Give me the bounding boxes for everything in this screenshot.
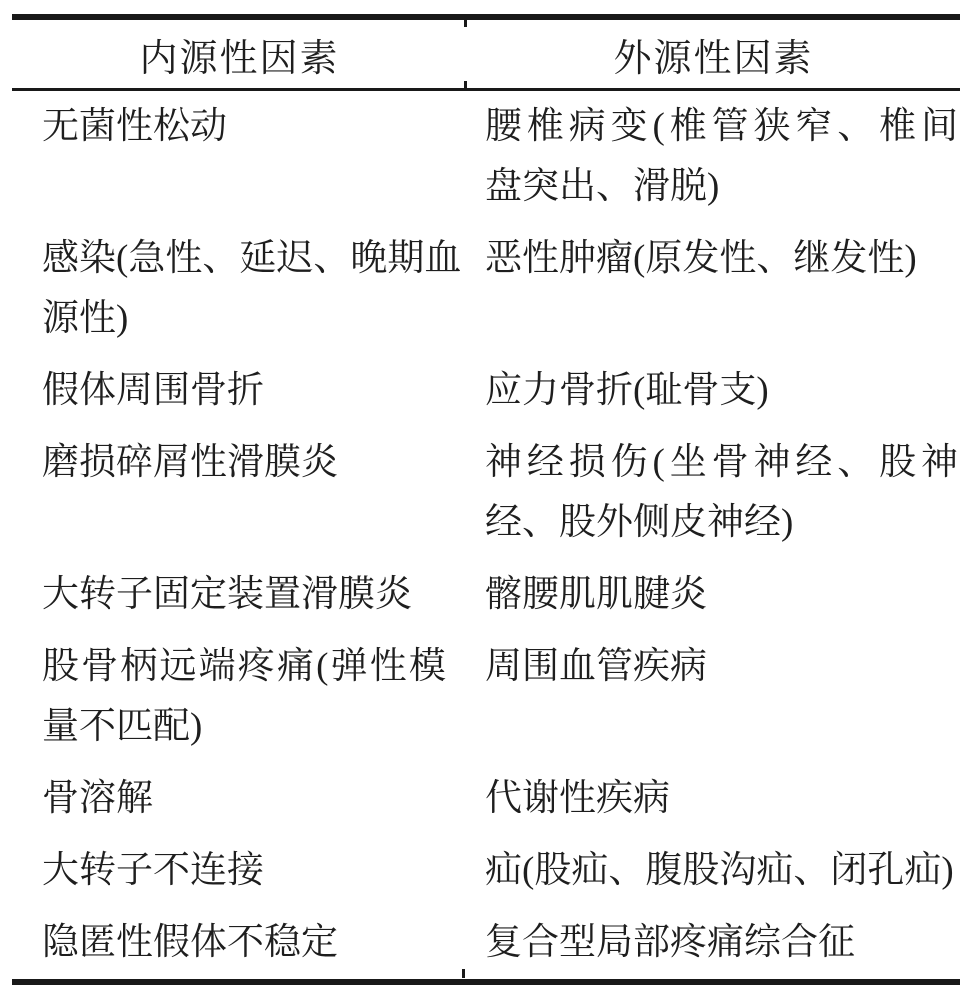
table-cell-left: 大转子不连接 <box>12 841 467 901</box>
cell-line: 大转子固定装置滑膜炎 <box>42 565 446 625</box>
cell-line: 髂腰肌肌腱炎 <box>485 565 958 625</box>
cell-line: 源性) <box>42 289 446 349</box>
table-cell-left: 假体周围骨折 <box>12 361 467 421</box>
cell-line: 骨溶解 <box>42 769 446 829</box>
cell-line: 股骨柄远端疼痛(弹性模 <box>42 637 446 697</box>
table-row: 无菌性松动腰椎病变(椎管狭窄、椎间盘突出、滑脱) <box>12 91 960 223</box>
cell-line: 恶性肿瘤(原发性、继发性) <box>485 229 958 289</box>
cell-line: 隐匿性假体不稳定 <box>42 913 446 973</box>
cell-line: 疝(股疝、腹股沟疝、闭孔疝) <box>485 841 958 901</box>
table-row: 股骨柄远端疼痛(弹性模量不匹配)周围血管疾病 <box>12 631 960 763</box>
table-cell-left: 大转子固定装置滑膜炎 <box>12 565 467 625</box>
table-cell-right: 恶性肿瘤(原发性、继发性) <box>467 229 960 349</box>
table-cell-left: 磨损碎屑性滑膜炎 <box>12 433 467 553</box>
cell-line: 复合型局部疼痛综合征 <box>485 913 958 973</box>
table-cell-right: 代谢性疾病 <box>467 769 960 829</box>
table-cell-right: 复合型局部疼痛综合征 <box>467 913 960 973</box>
column-divider-tick-top <box>464 20 467 27</box>
cell-line: 腰椎病变(椎管狭窄、椎间 <box>485 97 958 157</box>
cell-line: 代谢性疾病 <box>485 769 958 829</box>
table-cell-right: 神经损伤(坐骨神经、股神经、股外侧皮神经) <box>467 433 960 553</box>
table-row: 假体周围骨折应力骨折(耻骨支) <box>12 355 960 427</box>
table-cell-left: 骨溶解 <box>12 769 467 829</box>
table-header-row: 内源性因素 外源性因素 <box>12 20 960 91</box>
cell-line: 经、股外侧皮神经) <box>485 493 958 553</box>
table-cell-right: 疝(股疝、腹股沟疝、闭孔疝) <box>467 841 960 901</box>
table-row: 感染(急性、延迟、晚期血源性)恶性肿瘤(原发性、继发性) <box>12 223 960 355</box>
table-row: 大转子不连接疝(股疝、腹股沟疝、闭孔疝) <box>12 835 960 907</box>
cell-line: 量不匹配) <box>42 697 446 757</box>
header-intrinsic-factors: 内源性因素 <box>12 27 467 82</box>
cell-line: 磨损碎屑性滑膜炎 <box>42 433 446 493</box>
table-body: 无菌性松动腰椎病变(椎管狭窄、椎间盘突出、滑脱)感染(急性、延迟、晚期血源性)恶… <box>12 91 960 979</box>
scanned-document-page: 内源性因素 外源性因素 无菌性松动腰椎病变(椎管狭窄、椎间盘突出、滑脱)感染(急… <box>0 0 978 1003</box>
table-cell-right: 髂腰肌肌腱炎 <box>467 565 960 625</box>
column-divider-tick-header <box>464 81 467 88</box>
table-row: 磨损碎屑性滑膜炎神经损伤(坐骨神经、股神经、股外侧皮神经) <box>12 427 960 559</box>
cell-line: 感染(急性、延迟、晚期血 <box>42 229 446 289</box>
cell-line: 神经损伤(坐骨神经、股神 <box>485 433 958 493</box>
table-row: 骨溶解代谢性疾病 <box>12 763 960 835</box>
table-cell-left: 感染(急性、延迟、晚期血源性) <box>12 229 467 349</box>
table-cell-right: 腰椎病变(椎管狭窄、椎间盘突出、滑脱) <box>467 97 960 217</box>
table-cell-left: 股骨柄远端疼痛(弹性模量不匹配) <box>12 637 467 757</box>
cell-line: 周围血管疾病 <box>485 637 958 697</box>
cell-line: 盘突出、滑脱) <box>485 157 958 217</box>
table-cell-right: 周围血管疾病 <box>467 637 960 757</box>
table-cell-left: 隐匿性假体不稳定 <box>12 913 467 973</box>
table-row: 隐匿性假体不稳定复合型局部疼痛综合征 <box>12 907 960 979</box>
cell-line: 无菌性松动 <box>42 97 446 157</box>
table-cell-left: 无菌性松动 <box>12 97 467 217</box>
table-row: 大转子固定装置滑膜炎髂腰肌肌腱炎 <box>12 559 960 631</box>
factors-table: 内源性因素 外源性因素 无菌性松动腰椎病变(椎管狭窄、椎间盘突出、滑脱)感染(急… <box>12 14 960 985</box>
cell-line: 应力骨折(耻骨支) <box>485 361 958 421</box>
cell-line: 大转子不连接 <box>42 841 446 901</box>
cell-line: 假体周围骨折 <box>42 361 446 421</box>
column-divider-tick-bottom <box>462 969 465 978</box>
table-cell-right: 应力骨折(耻骨支) <box>467 361 960 421</box>
header-extrinsic-factors: 外源性因素 <box>467 27 960 82</box>
